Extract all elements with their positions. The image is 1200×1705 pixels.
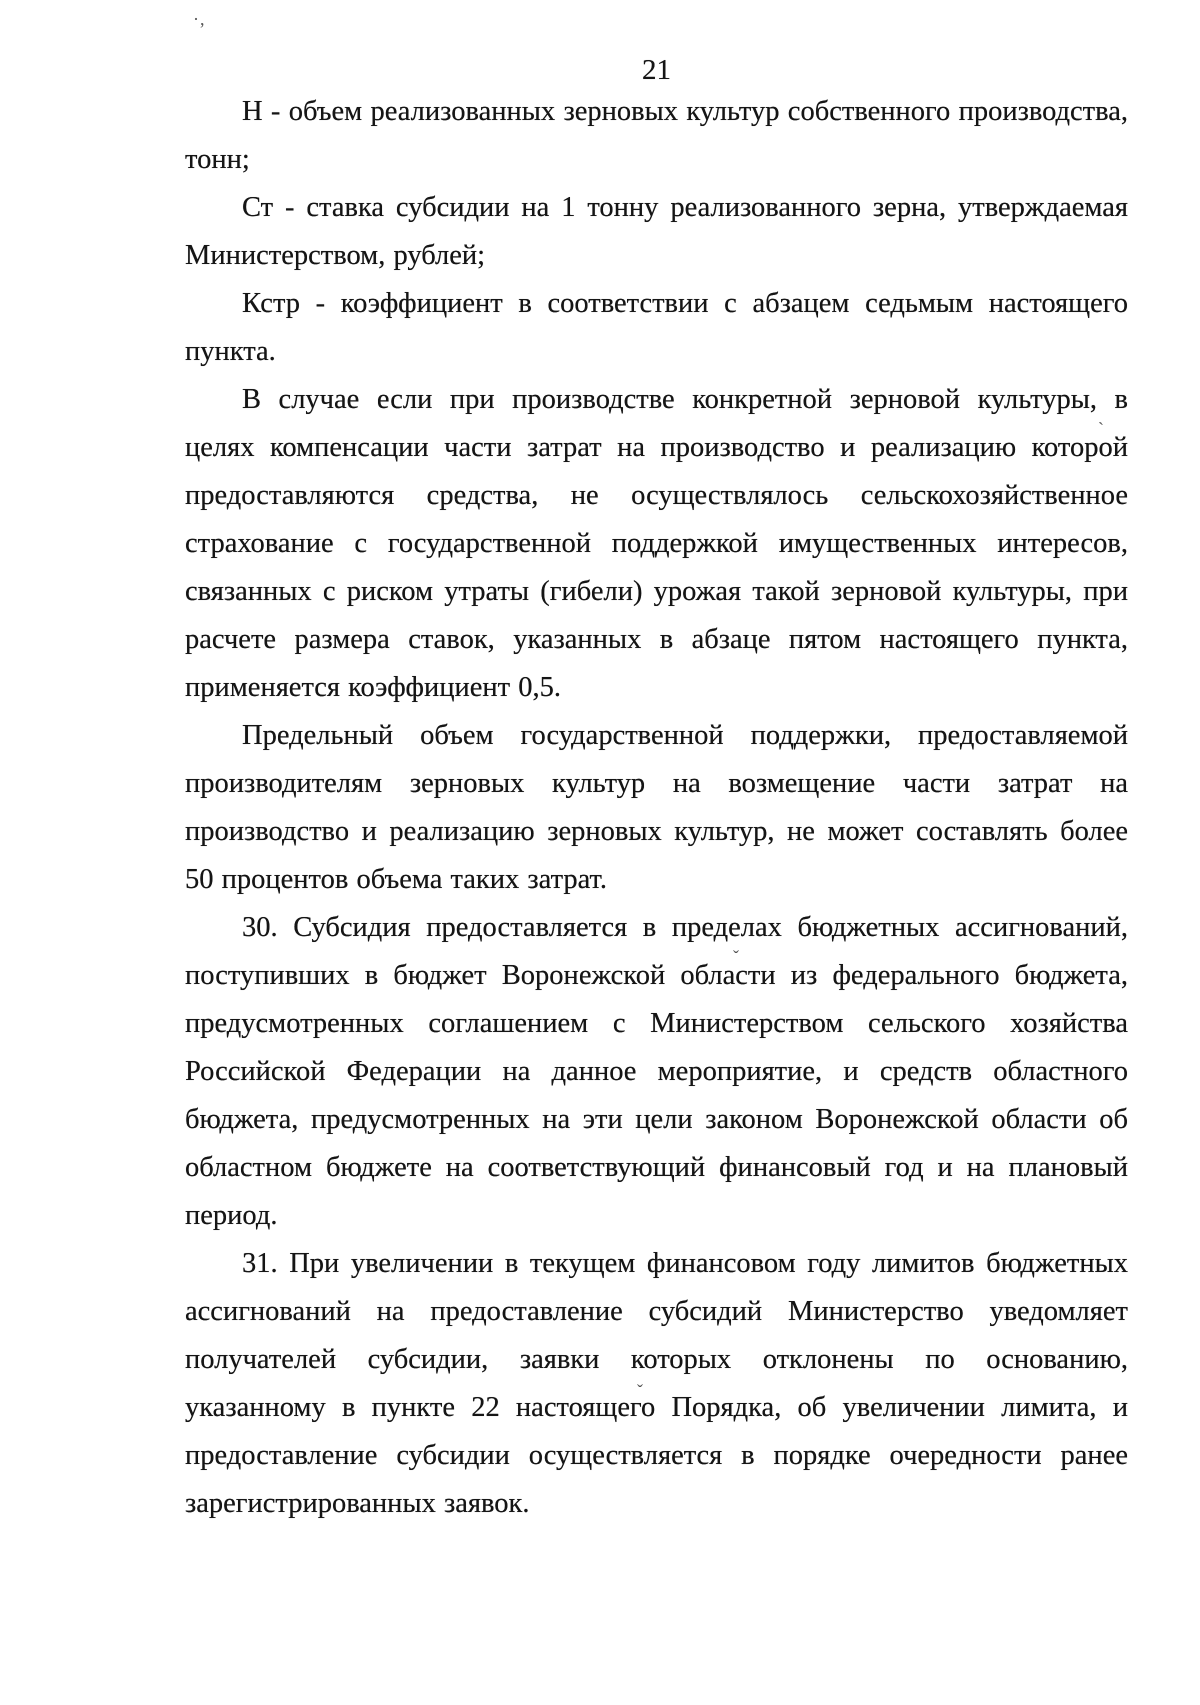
- scan-artifact: ·,: [193, 10, 206, 28]
- paragraph-definition-n: Н - объем реализованных зерновых культур…: [185, 88, 1128, 184]
- scan-artifact: `: [1098, 420, 1105, 438]
- paragraph-definition-st: Ст - ставка субсидии на 1 тонну реализов…: [185, 184, 1128, 280]
- paragraph-definition-kstr: Кстр - коэффициент в соответствии с абза…: [185, 280, 1128, 376]
- scan-artifact: ˇ: [637, 1382, 644, 1400]
- paragraph-insurance-coefficient: В случае если при производстве конкретно…: [185, 376, 1128, 712]
- paragraph-support-limit: Предельный объем государственной поддерж…: [185, 712, 1128, 904]
- document-page: 21 Н - объем реализованных зерновых куль…: [0, 0, 1200, 1705]
- paragraph-item-31: 31. При увеличении в текущем финансовом …: [185, 1240, 1128, 1528]
- page-number: 21: [185, 54, 1128, 86]
- paragraph-item-30: 30. Субсидия предоставляется в пределах …: [185, 904, 1128, 1240]
- scan-artifact: ˇ: [733, 948, 740, 966]
- document-body: Н - объем реализованных зерновых культур…: [185, 88, 1128, 1528]
